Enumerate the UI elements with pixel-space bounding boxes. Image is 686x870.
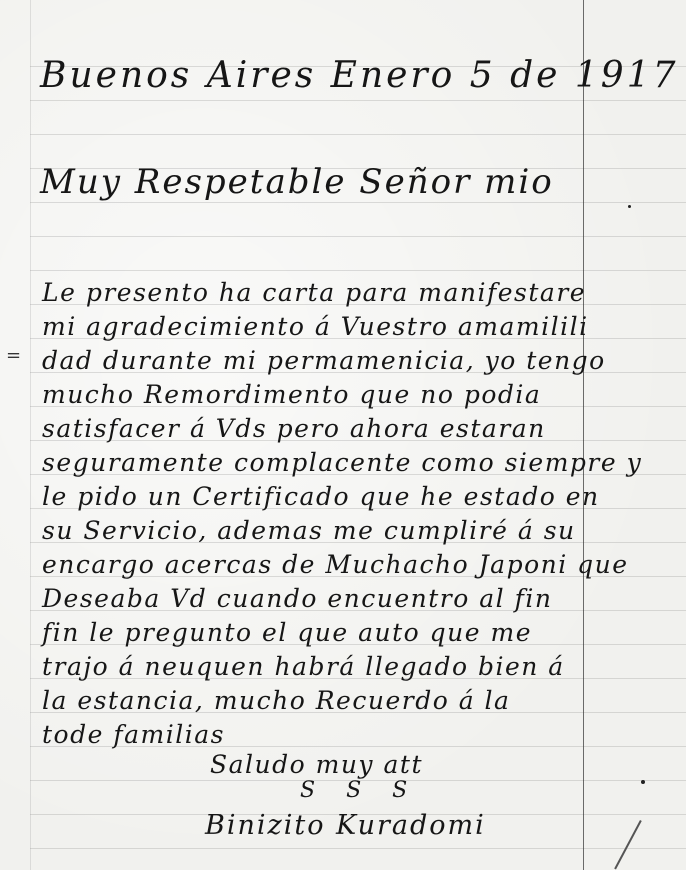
- right-margin-line: [583, 0, 584, 870]
- closing: Saludo muy att: [210, 750, 423, 779]
- letter-page: Buenos Aires Enero 5 de 1917 Muy Respeta…: [0, 0, 686, 870]
- body-line: su Servicio, ademas me cumpliré á su: [42, 516, 576, 545]
- margin-mark: =: [6, 345, 22, 366]
- body-line: dad durante mi permamenicia, yo tengo: [42, 346, 606, 375]
- ruled-line: [30, 202, 686, 203]
- body-line: fin le pregunto el que auto que me: [42, 618, 532, 647]
- body-line: mucho Remordimento que no podia: [42, 380, 541, 409]
- body-line: encargo acercas de Muchacho Japoni que: [42, 550, 629, 579]
- ruled-line: [30, 270, 686, 271]
- body-line: mi agradecimiento á Vuestro amamilili: [42, 312, 589, 341]
- left-margin-line: [30, 0, 31, 870]
- body-line: satisfacer á Vds pero ahora estaran: [42, 414, 546, 443]
- body-line: tode familias: [42, 720, 225, 749]
- dateline: Buenos Aires Enero 5 de 1917: [40, 55, 679, 96]
- body-line: seguramente complacente como siempre y: [42, 448, 642, 477]
- salutation: Muy Respetable Señor mio: [40, 162, 554, 202]
- ink-speck: [628, 205, 631, 208]
- ink-speck: [641, 780, 645, 784]
- body-line: trajo á neuquen habrá llegado bien á: [42, 652, 565, 681]
- body-line: la estancia, mucho Recuerdo á la: [42, 686, 510, 715]
- signature: Binizito Kuradomi: [205, 810, 486, 841]
- ruled-line: [30, 848, 686, 849]
- ruled-line: [30, 100, 686, 101]
- body-line: Le presento ha carta para manifestare: [42, 278, 586, 307]
- corner-pen-stroke: [614, 820, 642, 870]
- ruled-line: [30, 236, 686, 237]
- body-line: le pido un Certificado que he estado en: [42, 482, 600, 511]
- initials: S S S: [300, 778, 419, 803]
- body-line: Deseaba Vd cuando encuentro al fin: [42, 584, 552, 613]
- ruled-line: [30, 134, 686, 135]
